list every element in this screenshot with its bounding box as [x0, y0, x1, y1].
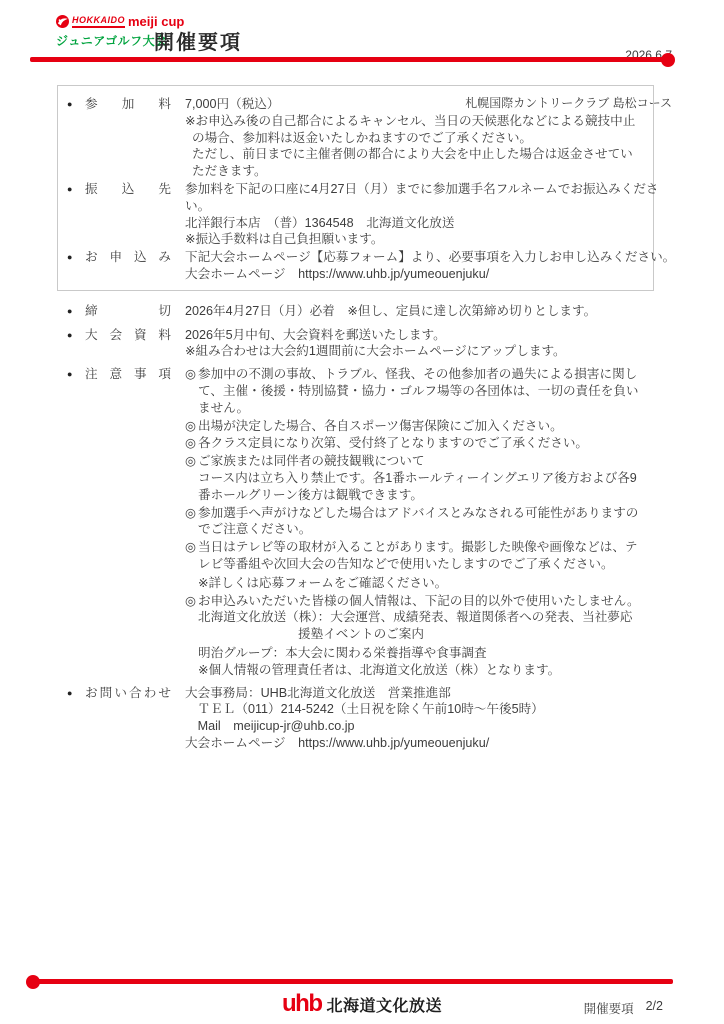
rule-end-dot — [661, 53, 675, 67]
section-label: 参加料 — [85, 96, 171, 113]
notice-marker-icon: ◎ — [185, 505, 198, 539]
notice-marker-icon: ◎ — [185, 418, 198, 435]
document-page: HOKKAIDO meiji cup ジュニアゴルフ大会 開催要項 2026.6… — [0, 0, 724, 1024]
bullet-icon: ● — [67, 181, 85, 198]
rule-end-dot — [26, 975, 40, 989]
section-label: 振込先 — [85, 181, 171, 198]
bullet-icon: ● — [67, 366, 85, 383]
document-body: ● 参加料 7,000円（税込） ※お申込み後の自己都合によるキャンセル、当日の… — [0, 85, 724, 752]
section-label: 締切 — [85, 303, 171, 320]
bullet-icon: ● — [67, 249, 85, 266]
notice-item: ◎ ご家族または同伴者の競技観戦について コース内は立ち入り禁止です。各1番ホー… — [185, 453, 640, 503]
section-application: ● お申込み 下記大会ホームページ【応募フォーム】より、必要事項を入力しお申し込… — [58, 249, 653, 283]
section-content: 大会事務局：UHB北海道文化放送 営業推進部 ＴＥＬ（011）214-5242（… — [185, 685, 544, 752]
section-label: 注意事項 — [85, 366, 171, 383]
notice-item: ◎ お申込みいただいた皆様の個人情報は、下記の目的以外で使用いたしません。 北海… — [185, 593, 640, 679]
bullet-icon: ● — [67, 327, 85, 344]
notice-item: ◎ 参加中の不測の事故、トラブル、怪我、その他参加者の過失による損害に関し て、… — [185, 366, 640, 416]
section-deadline: ● 締切 2026年4月27日（月）必着 ※但し、定員に達し次第締め切りとします… — [58, 303, 724, 320]
notice-text: お申込みいただいた皆様の個人情報は、下記の目的以外で使用いたしません。 北海道文… — [198, 593, 640, 627]
notice-item: ◎ 当日はテレビ等の取材が入ることがあります。撮影した映像や画像などは、テ レビ… — [185, 539, 640, 591]
section-content: 2026年5月中旬、大会資料を郵送いたします。 ※組み合わせは大会約1週間前に大… — [185, 327, 566, 361]
bullet-icon: ● — [67, 96, 85, 113]
notice-marker-icon: ◎ — [185, 435, 198, 452]
notice-list: ◎ 参加中の不測の事故、トラブル、怪我、その他参加者の過失による損害に関し て、… — [185, 366, 640, 679]
info-box: ● 参加料 7,000円（税込） ※お申込み後の自己都合によるキャンセル、当日の… — [57, 85, 654, 291]
section-content: 下記大会ホームページ【応募フォーム】より、必要事項を入力しお申し込みください。 … — [185, 249, 675, 283]
notice-marker-icon: ◎ — [185, 366, 198, 416]
page-title: 開催要項 — [154, 26, 242, 55]
page-indicator: 開催要項 2/2 — [584, 999, 663, 1017]
notice-text: 参加選手へ声がけなどした場合はアドバイスとみなされる可能性がありますの でご注意… — [198, 505, 638, 539]
section-contact: ● お問い合わせ 大会事務局：UHB北海道文化放送 営業推進部 ＴＥＬ（011）… — [58, 685, 724, 752]
notice-indent-line: 援塾イベントのご案内 — [298, 626, 640, 643]
footer-company-name: 北海道文化放送 — [326, 993, 442, 1016]
brand-region-label: HOKKAIDO — [72, 15, 125, 28]
notice-marker-icon: ◎ — [185, 453, 198, 503]
notice-marker-icon: ◎ — [185, 539, 198, 591]
section-content: 7,000円（税込） ※お申込み後の自己都合によるキャンセル、当日の天候悪化など… — [185, 96, 635, 180]
section-content: 参加料を下記の口座に4月27日（月）までに参加選手名フルネームでお振込みくださ … — [185, 181, 659, 248]
notice-marker-icon: ◎ — [185, 593, 198, 679]
notice-text: 当日はテレビ等の取材が入ることがあります。撮影した映像や画像などは、テ レビ等番… — [198, 539, 638, 573]
section-label: 大会資料 — [85, 327, 171, 344]
header-rule — [30, 57, 667, 62]
footer-rule — [33, 979, 673, 984]
notice-item: ◎ 参加選手へ声がけなどした場合はアドバイスとみなされる可能性がありますの でご… — [185, 505, 640, 539]
page-indicator-label: 開催要項 — [584, 999, 634, 1017]
bullet-icon: ● — [67, 303, 85, 320]
section-materials: ● 大会資料 2026年5月中旬、大会資料を郵送いたします。 ※組み合わせは大会… — [58, 327, 724, 361]
notice-subtext: ※詳しくは応募フォームをご確認ください。 — [198, 575, 638, 592]
uhb-logo: uhb — [282, 992, 321, 1016]
page-number: 2/2 — [646, 999, 663, 1017]
section-label: お問い合わせ — [85, 685, 171, 702]
notice-text: 各クラス定員になり次第、受付終了となりますのでご了承ください。 — [198, 435, 588, 452]
notice-text: ご家族または同伴者の競技観戦について コース内は立ち入り禁止です。各1番ホールテ… — [198, 453, 637, 503]
notice-text: 参加中の不測の事故、トラブル、怪我、その他参加者の過失による損害に関し て、主催… — [198, 366, 639, 416]
notice-item: ◎ 各クラス定員になり次第、受付終了となりますのでご了承ください。 — [185, 435, 640, 452]
bullet-icon: ● — [67, 685, 85, 702]
section-label: お申込み — [85, 249, 171, 266]
section-content: 2026年4月27日（月）必着 ※但し、定員に達し次第締め切りとします。 — [185, 303, 596, 320]
notice-subtext: 明治グループ：本大会に関わる栄養指導や食事調査 ※個人情報の管理責任者は、北海道… — [198, 645, 640, 679]
section-notices: ● 注意事項 ◎ 参加中の不測の事故、トラブル、怪我、その他参加者の過失による損… — [58, 366, 724, 679]
section-entry-fee: ● 参加料 7,000円（税込） ※お申込み後の自己都合によるキャンセル、当日の… — [58, 96, 653, 180]
notice-item: ◎ 出場が決定した場合、各自スポーツ傷害保険にご加入ください。 — [185, 418, 640, 435]
section-bank-transfer: ● 振込先 参加料を下記の口座に4月27日（月）までに参加選手名フルネームでお振… — [58, 181, 653, 248]
notice-text: 出場が決定した場合、各自スポーツ傷害保険にご加入ください。 — [198, 418, 563, 435]
meiji-brand-icon — [56, 15, 69, 28]
